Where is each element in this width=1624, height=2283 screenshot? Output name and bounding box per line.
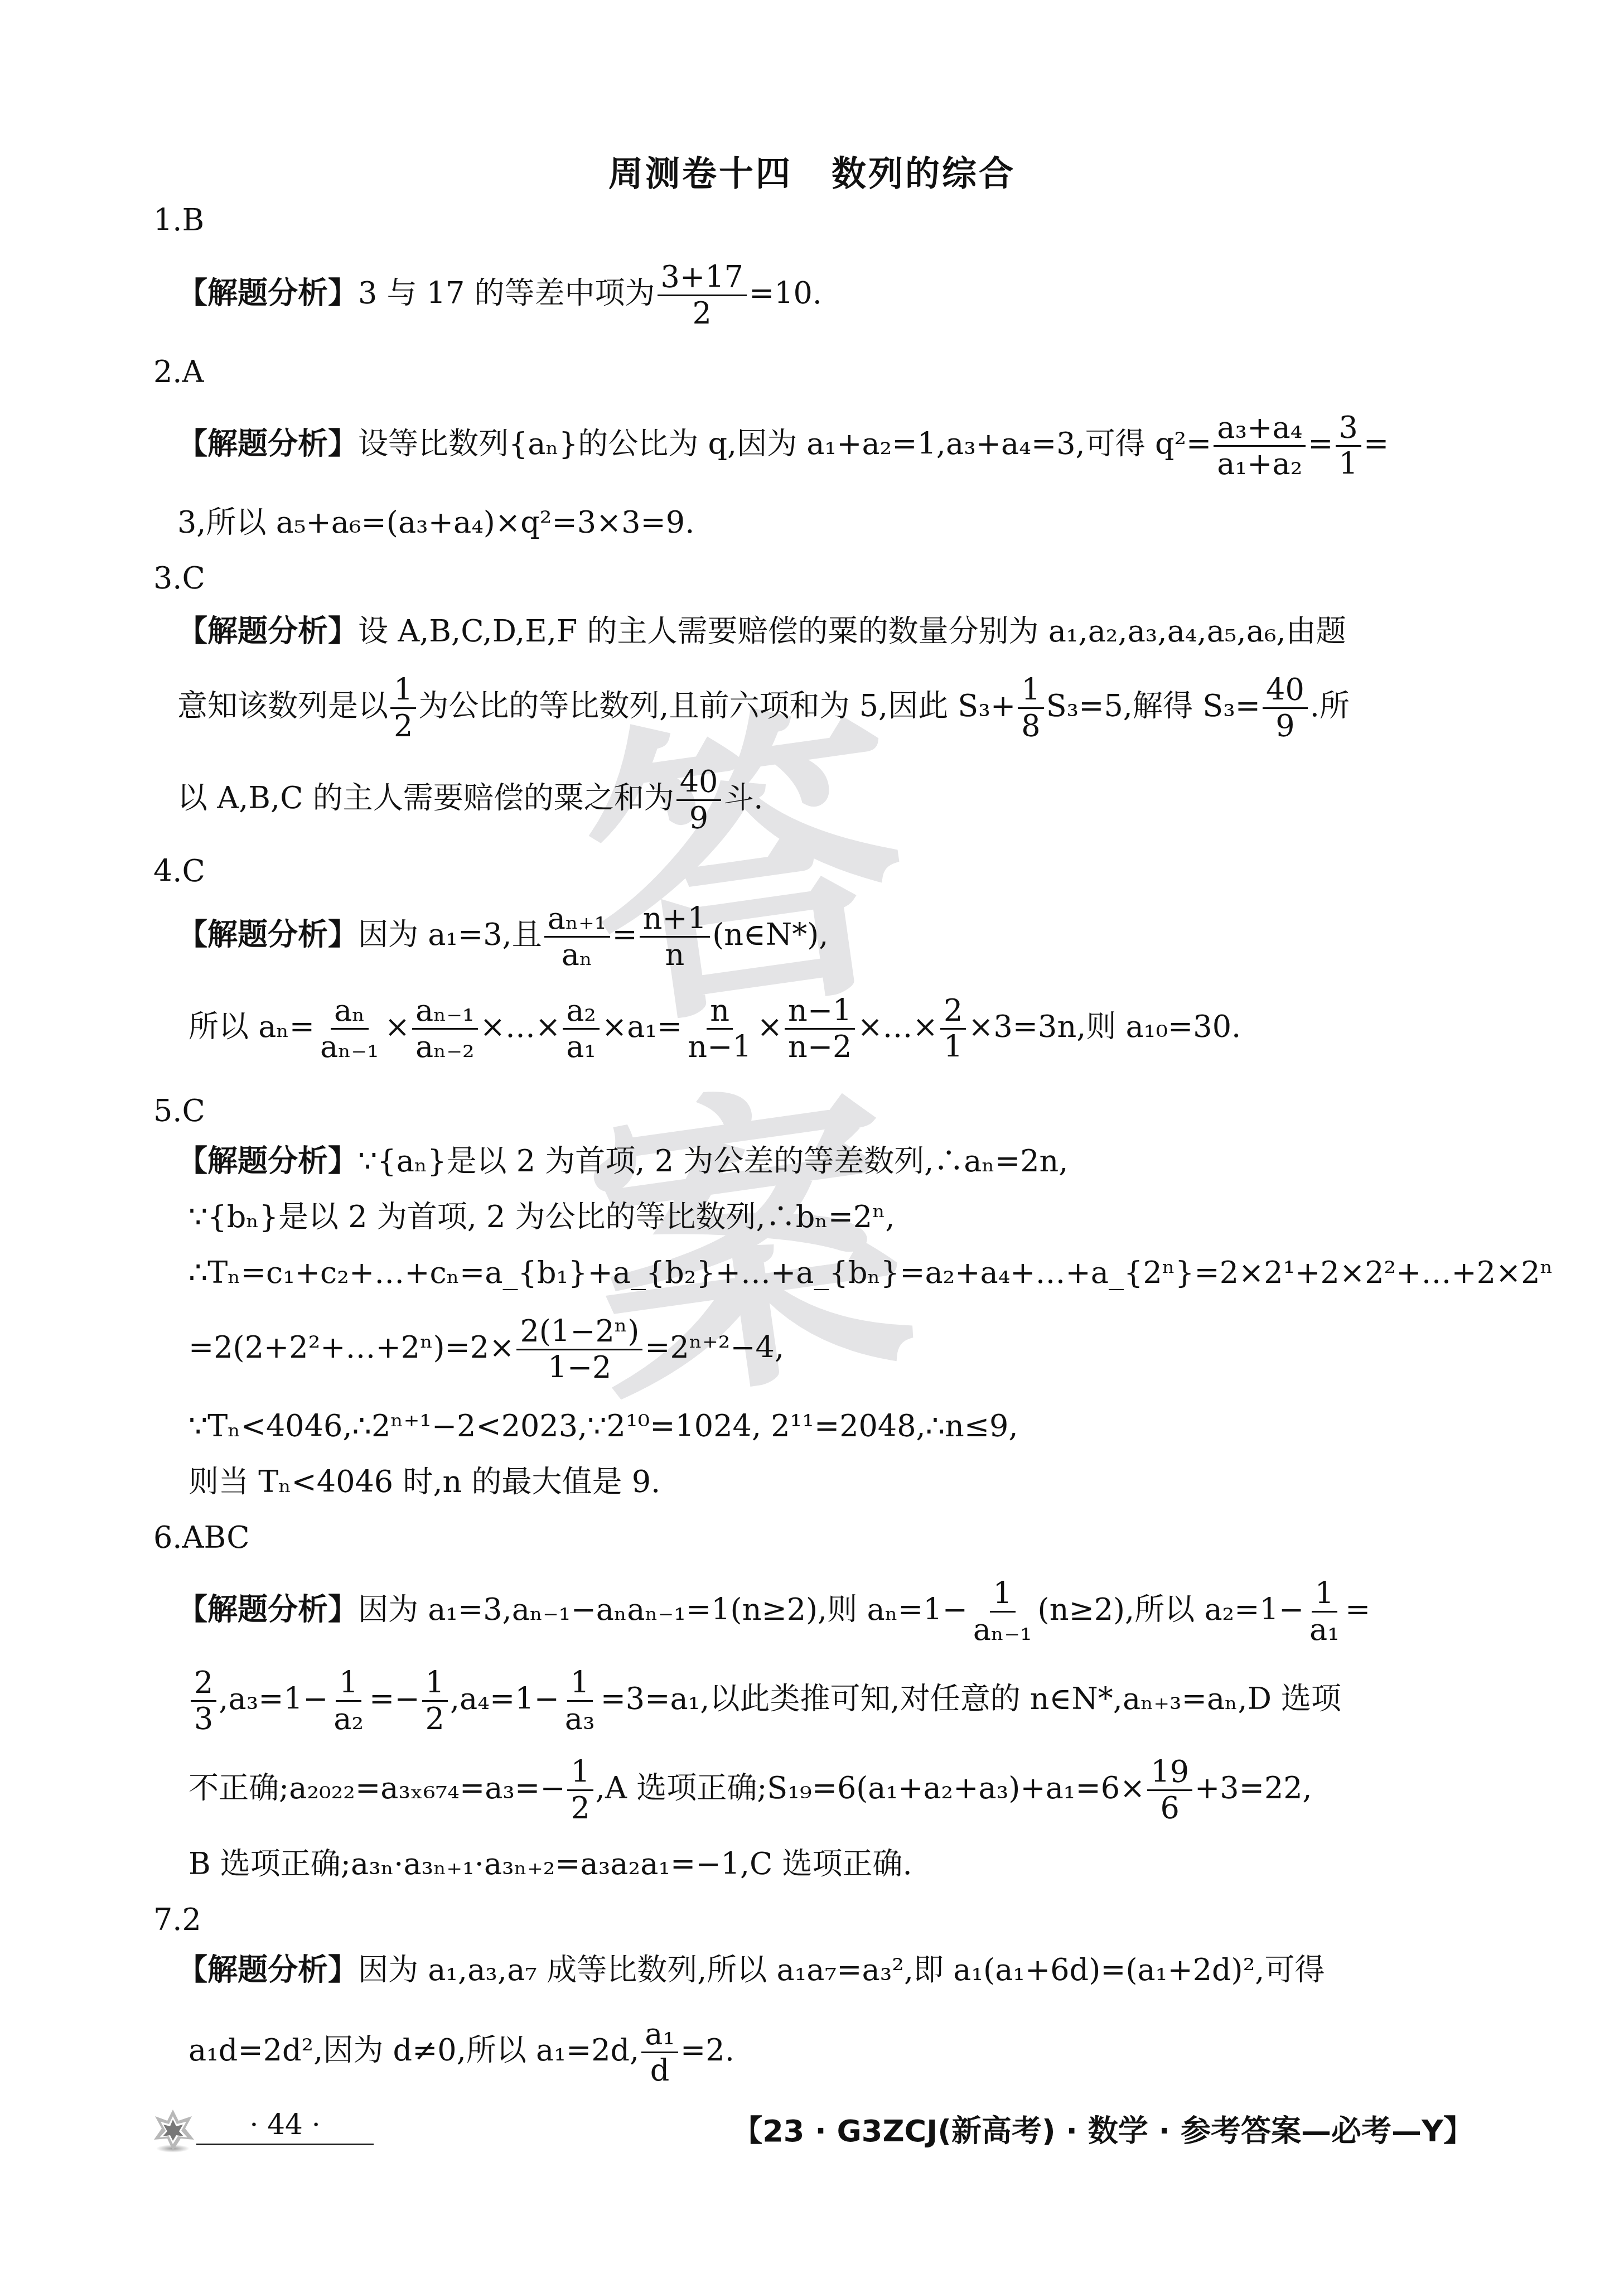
question-2-analysis: 【解题分析】设等比数列{aₙ}的公比为 q,因为 a₁+a₂=1,a₃+a₄=3… — [177, 413, 1389, 479]
analysis-tag: 【解题分析】 — [177, 1143, 358, 1179]
question-7-answer: 7.2 — [153, 1905, 201, 1935]
analysis-tag: 【解题分析】 — [177, 276, 358, 311]
star-logo-icon — [152, 2108, 195, 2153]
analysis-tag: 【解题分析】 — [177, 1952, 358, 1987]
question-4-analysis: 【解题分析】因为 a₁=3,且aₙ₊₁aₙ=n+1n(n∈N*), — [177, 904, 828, 970]
question-3-analysis-cont: 意知该数列是以12为公比的等比数列,且前六项和为 5,因此 S₃+18S₃=5,… — [177, 675, 1350, 741]
question-5-line6: 则当 Tₙ<4046 时,n 的最大值是 9. — [188, 1467, 660, 1497]
question-5-line3: ∴Tₙ=c₁+c₂+…+cₙ=a_{b₁}+a_{b₂}+…+a_{bₙ}=a₂… — [188, 1258, 1553, 1288]
question-3-analysis-cont2: 以 A,B,C 的主人需要赔偿的粟之和为409斗. — [177, 767, 763, 833]
question-7-line2: a₁d=2d²,因为 d≠0,所以 a₁=2d,a₁d=2. — [188, 2019, 734, 2086]
question-5-analysis: 【解题分析】∵{aₙ}是以 2 为首项, 2 为公差的等差数列,∴aₙ=2n, — [177, 1146, 1068, 1176]
question-5-line5: ∵Tₙ<4046,∴2ⁿ⁺¹−2<2023,∵2¹⁰=1024, 2¹¹=204… — [188, 1411, 1018, 1441]
question-5-line4: =2(2+2²+…+2ⁿ)=2×2(1−2ⁿ)1−2=2ⁿ⁺²−4, — [188, 1316, 784, 1383]
page-number: · 44 · — [196, 2108, 374, 2141]
question-2-answer: 2.A — [153, 357, 204, 387]
title-part2: 数列的综合 — [832, 153, 1016, 194]
question-3-analysis: 【解题分析】设 A,B,C,D,E,F 的主人需要赔偿的粟的数量分别为 a₁,a… — [177, 616, 1346, 646]
question-2-analysis-cont: 3,所以 a₅+a₆=(a₃+a₄)×q²=3×3=9. — [177, 508, 694, 538]
analysis-tag: 【解题分析】 — [177, 614, 358, 649]
source-label: 【23 · G3ZCJ(新高考) · 数学 · 参考答案—必考—Y】 — [732, 2107, 1473, 2150]
question-4-analysis-cont: 所以 aₙ=aₙaₙ₋₁×aₙ₋₁aₙ₋₂×…×a₂a₁×a₁=nn−1×n−1… — [188, 996, 1241, 1062]
question-4-answer: 4.C — [153, 856, 205, 886]
question-6-line2: 23,a₃=1−1a₂=−12,a₄=1−1a₃=3=a₁,以此类推可知,对任意… — [188, 1668, 1341, 1734]
question-5-line2: ∵{bₙ}是以 2 为首项, 2 为公比的等比数列,∴bₙ=2ⁿ, — [188, 1202, 895, 1232]
analysis-tag: 【解题分析】 — [177, 917, 358, 952]
question-7-analysis: 【解题分析】因为 a₁,a₃,a₇ 成等比数列,所以 a₁a₇=a₃²,即 a₁… — [177, 1955, 1325, 1985]
question-3-answer: 3.C — [153, 563, 205, 593]
question-1-analysis: 【解题分析】3 与 17 的等差中项为3+172=10. — [177, 262, 822, 329]
analysis-tag: 【解题分析】 — [177, 1592, 358, 1627]
answer-page: 周测卷十四数列的综合 1.B 【解题分析】3 与 17 的等差中项为3+172=… — [0, 0, 1624, 2283]
analysis-tag: 【解题分析】 — [177, 426, 358, 461]
question-5-answer: 5.C — [153, 1096, 205, 1126]
question-1-answer: 1.B — [153, 205, 204, 235]
question-6-analysis: 【解题分析】因为 a₁=3,aₙ₋₁−aₙaₙ₋₁=1(n≥2),则 aₙ=1−… — [177, 1579, 1370, 1645]
question-6-answer: 6.ABC — [153, 1523, 250, 1553]
question-6-line4: B 选项正确;a₃ₙ·a₃ₙ₊₁·a₃ₙ₊₂=a₃a₂a₁=−1,C 选项正确. — [188, 1849, 912, 1879]
question-6-line3: 不正确;a₂₀₂₂=a₃ₓ₆₇₄=a₃=−12,A 选项正确;S₁₉=6(a₁+… — [188, 1757, 1312, 1823]
page-title: 周测卷十四数列的综合 — [0, 146, 1624, 196]
footer-divider — [196, 2144, 374, 2145]
title-part1: 周测卷十四 — [608, 153, 792, 194]
